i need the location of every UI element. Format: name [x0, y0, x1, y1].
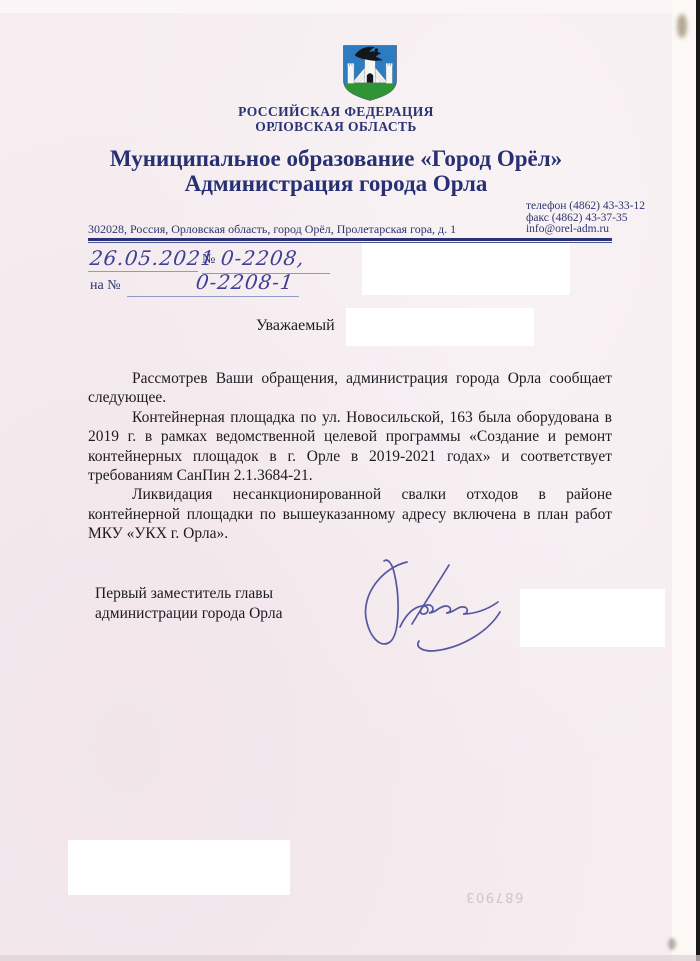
number-sign-label: №	[202, 252, 215, 268]
salutation: Уважаемый	[256, 317, 335, 335]
signer-position: Первый заместитель главы администрации г…	[95, 584, 282, 624]
oryol-coat-of-arms-icon	[342, 44, 398, 102]
redaction-box-addressee	[346, 308, 534, 346]
redaction-box-footer	[68, 840, 290, 895]
country-label: РОССИЙСКАЯ ФЕДЕРАЦИЯ	[0, 104, 672, 120]
phone-line: телефон (4862) 43-33-12	[526, 201, 645, 213]
handwritten-incoming-number: 0-2208-1	[195, 270, 296, 294]
scan-bottom-smudge	[668, 938, 676, 950]
scan-top-edge	[0, 0, 700, 13]
administration-title: Администрация города Орла	[0, 171, 672, 197]
bleedthrough-number: 687903	[452, 889, 536, 904]
redaction-box-signer-name	[520, 589, 665, 647]
body-paragraph: Рассмотрев Ваши обращения, администрация…	[88, 369, 612, 408]
region-label: ОРЛОВСКАЯ ОБЛАСТЬ	[0, 119, 672, 135]
scan-bottom-shadow	[0, 955, 700, 961]
scan-right-black-edge	[696, 0, 700, 961]
scan-right-paper-edge	[672, 0, 696, 961]
body-paragraph: Контейнерная площадка по ул. Новосильско…	[88, 408, 612, 486]
postal-address: 302028, Россия, Орловская область, город…	[88, 222, 456, 237]
handwritten-signature	[352, 552, 512, 660]
scanned-letter-page: РОССИЙСКАЯ ФЕДЕРАЦИЯ ОРЛОВСКАЯ ОБЛАСТЬ М…	[0, 0, 700, 961]
handwritten-date: 26.05.2021	[89, 246, 216, 270]
incoming-number-underline	[127, 296, 299, 297]
contact-block: телефон (4862) 43-33-12 факс (4862) 43-3…	[526, 201, 645, 236]
redaction-box-reference	[362, 243, 570, 295]
scan-corner-smudge	[677, 14, 687, 38]
incoming-number-label: на №	[90, 278, 121, 294]
body-paragraph: Ликвидация несанкционированной свалки от…	[88, 485, 612, 543]
handwritten-outgoing-number: 0-2208,	[220, 246, 307, 270]
signer-position-line1: Первый заместитель главы	[95, 584, 282, 604]
signer-position-line2: администрации города Орла	[95, 604, 282, 624]
municipality-title: Муниципальное образование «Город Орёл»	[0, 146, 672, 172]
email-line: info@orel-adm.ru	[526, 224, 645, 236]
letter-body: Рассмотрев Ваши обращения, администрация…	[88, 369, 612, 544]
date-underline	[88, 271, 198, 272]
